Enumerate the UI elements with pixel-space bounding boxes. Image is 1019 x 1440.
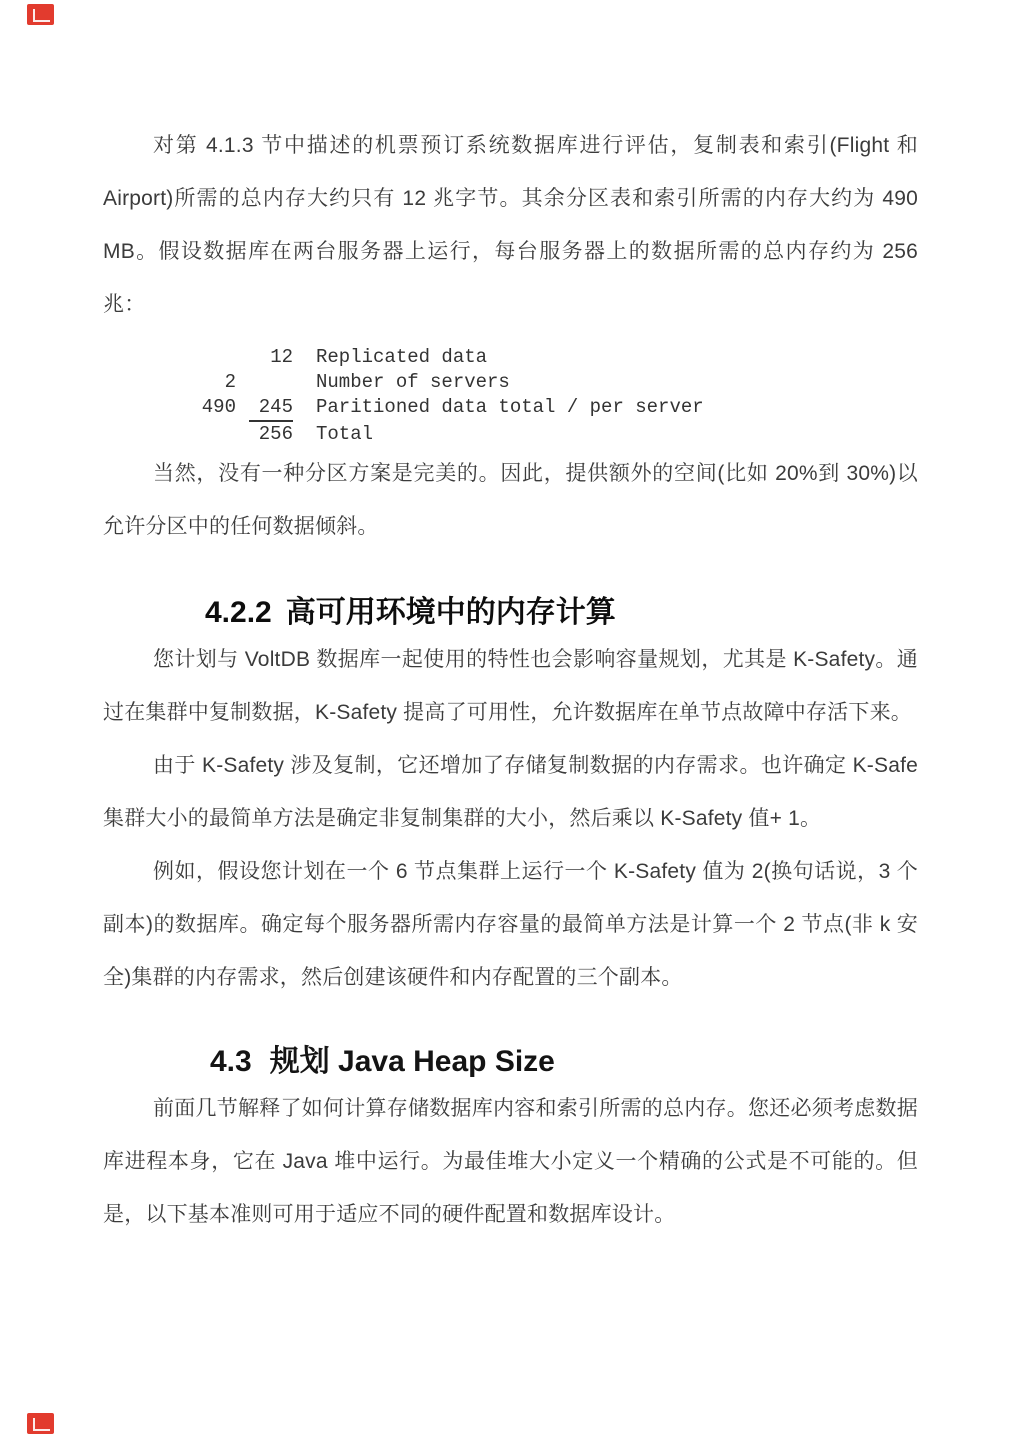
calc-label: Total <box>316 422 373 447</box>
section-heading-4-2-2: 4.2.2高可用环境中的内存计算 <box>103 593 918 633</box>
heading-title: 规划 Java Heap Size <box>270 1045 555 1078</box>
calc-row-servers: 2 Number of servers <box>200 370 918 395</box>
calc-label: Number of servers <box>316 370 510 395</box>
top-margin <box>103 0 918 119</box>
calc-label: Paritioned data total / per server <box>316 395 704 422</box>
annotation-glyph <box>33 1418 50 1431</box>
calc-col1: 490 <box>200 395 236 422</box>
section-heading-4-3: 4.3规划 Java Heap Size <box>103 1042 918 1082</box>
paragraph-ksafety-intro: 您计划与 VoltDB 数据库一起使用的特性也会影响容量规划，尤其是 K-Saf… <box>103 633 918 739</box>
memory-calculation-block: 12 Replicated data 2 Number of servers 4… <box>200 345 918 447</box>
heading-title: 高可用环境中的内存计算 <box>286 596 616 629</box>
calc-col1 <box>200 345 236 370</box>
underlined-value: 245 <box>249 395 293 422</box>
red-annotation-mark-bottom <box>27 1413 54 1434</box>
calc-col2: 256 <box>236 422 293 447</box>
calc-label: Replicated data <box>316 345 487 370</box>
calc-col2: 245 <box>236 395 293 422</box>
red-annotation-mark-top <box>27 4 54 25</box>
heading-number: 4.3 <box>210 1045 252 1078</box>
calc-col2: 12 <box>236 345 293 370</box>
paragraph-memory-evaluation: 对第 4.1.3 节中描述的机票预订系统数据库进行评估，复制表和索引(Fligh… <box>103 119 918 331</box>
calc-row-partitioned: 490 245 Paritioned data total / per serv… <box>200 395 918 422</box>
paragraph-ksafety-example: 例如，假设您计划在一个 6 节点集群上运行一个 K-Safety 值为 2(换句… <box>103 845 918 1004</box>
calc-row-total: 256 Total <box>200 422 918 447</box>
paragraph-java-heap-intro: 前面几节解释了如何计算存储数据库内容和索引所需的总内存。您还必须考虑数据库进程本… <box>103 1082 918 1241</box>
annotation-glyph <box>33 9 50 22</box>
document-page: 对第 4.1.3 节中描述的机票预订系统数据库进行评估，复制表和索引(Fligh… <box>0 0 1019 1440</box>
calc-col1: 2 <box>200 370 236 395</box>
paragraph-partition-skew: 当然，没有一种分区方案是完美的。因此，提供额外的空间(比如 20%到 30%)以… <box>103 447 918 553</box>
calc-row-replicated: 12 Replicated data <box>200 345 918 370</box>
document-content: 对第 4.1.3 节中描述的机票预订系统数据库进行评估，复制表和索引(Fligh… <box>103 0 918 1241</box>
paragraph-ksafety-memory: 由于 K-Safety 涉及复制，它还增加了存储复制数据的内存需求。也许确定 K… <box>103 739 918 845</box>
calc-col2 <box>236 370 293 395</box>
calc-col1 <box>200 422 236 447</box>
heading-number: 4.2.2 <box>205 596 272 629</box>
